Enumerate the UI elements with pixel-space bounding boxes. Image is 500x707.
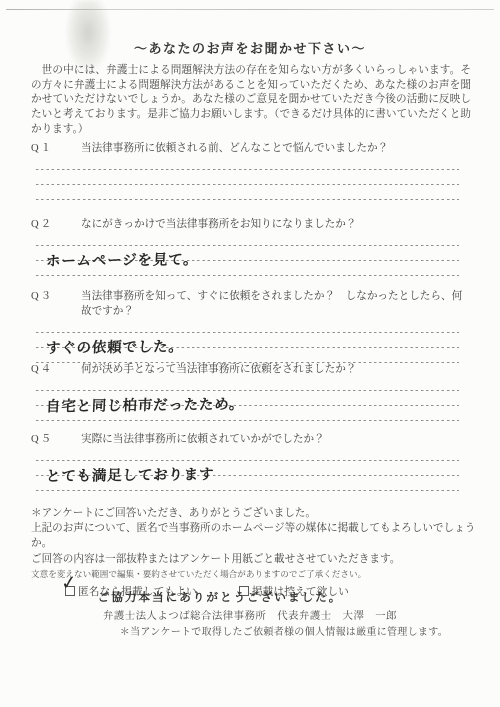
answer-line [36, 184, 459, 185]
answer-line [36, 390, 459, 391]
answer-line [36, 245, 459, 246]
intro-paragraph: 世の中には、弁護士による問題解決方法の存在を知らない方が多くいらっしゃいます。そ… [31, 64, 471, 138]
answer-line [36, 460, 459, 461]
question-text: 実際に当法律事務所に依頼されていかがでしたか？ [81, 431, 471, 446]
answer-line [36, 420, 459, 421]
footer-firm-signature: 弁護士法人よつば総合法律事務所 代表弁護士 大澤 一郎 [0, 607, 500, 622]
consent-section: ＊アンケートにご回答いただき、ありがとうございました。 上記のお声について、匿名… [31, 506, 476, 599]
question-label: Q３ [31, 288, 81, 318]
answer-line [36, 199, 459, 200]
question-block-q5: Q５ 実際に当法律事務所に依頼されていかがでしたか？ とても満足しております [31, 431, 471, 491]
footer-thanks: ご協力本当にありがとうございました。 [0, 589, 440, 605]
question-text: 何が決め手となって当法律事務所に依頼をされましたか？ [81, 361, 471, 376]
handwritten-answer: とても満足しております [46, 463, 215, 486]
question-label: Q２ [31, 216, 81, 231]
handwritten-answer: すぐの依頼でした。 [46, 335, 185, 358]
publish-question-line: 上記のお声について、匿名で当事務所のホームページ等の媒体に掲載してもよろしいでし… [31, 521, 476, 551]
question-text: 当法律事務所に依頼される前、どんなことで悩んでいましたか？ [81, 140, 471, 155]
footer-privacy-note: ＊当アンケートで取得したご依頼者様の個人情報は厳重に管理します。 [120, 623, 448, 638]
question-label: Q５ [31, 431, 81, 446]
answer-line [36, 332, 459, 333]
page-title: 〜あなたのお声をお聞かせ下さい〜 [0, 38, 500, 57]
survey-thanks-line: ＊アンケートにご回答いただき、ありがとうございました。 [31, 506, 476, 521]
question-block-q4: Q４ 何が決め手となって当法律事務所に依頼をされましたか？ 自宅と同じ柏市だった… [31, 361, 471, 421]
handwritten-answer: 自宅と同じ柏市だったため。 [46, 393, 245, 416]
question-label: Q４ [31, 361, 81, 376]
question-text: なにがきっかけで当法律事務所をお知りになりましたか？ [81, 216, 471, 231]
scan-stamp-smudge [66, 0, 110, 72]
question-block-q3: Q３ 当法律事務所を知って、すぐに依頼をされましたか？ しなかったとしたら、何故… [31, 288, 471, 363]
edit-note-line: 文意を変えない範囲で編集・要約させていただく場合がありますのでご了承ください。 [31, 568, 476, 580]
question-block-q1: Q１ 当法律事務所に依頼される前、どんなことで悩んでいましたか？ [31, 140, 471, 200]
excerpt-note-line: ご回答の内容は一部抜粋またはアンケート用紙ごと載せさせていただきます。 [31, 552, 476, 567]
question-block-q2: Q２ なにがきっかけで当法律事務所をお知りになりましたか？ ホームページを見て。 [31, 216, 471, 276]
handwritten-answer: ホームページを見て。 [46, 248, 199, 271]
scanned-survey-page: 〜あなたのお声をお聞かせ下さい〜 世の中には、弁護士による問題解決方法の存在を知… [0, 0, 500, 707]
answer-line [36, 169, 459, 170]
answer-line [36, 275, 459, 276]
question-text: 当法律事務所を知って、すぐに依頼をされましたか？ しなかったとしたら、何故ですか… [81, 288, 471, 318]
answer-line [36, 490, 459, 491]
question-label: Q１ [31, 140, 81, 155]
